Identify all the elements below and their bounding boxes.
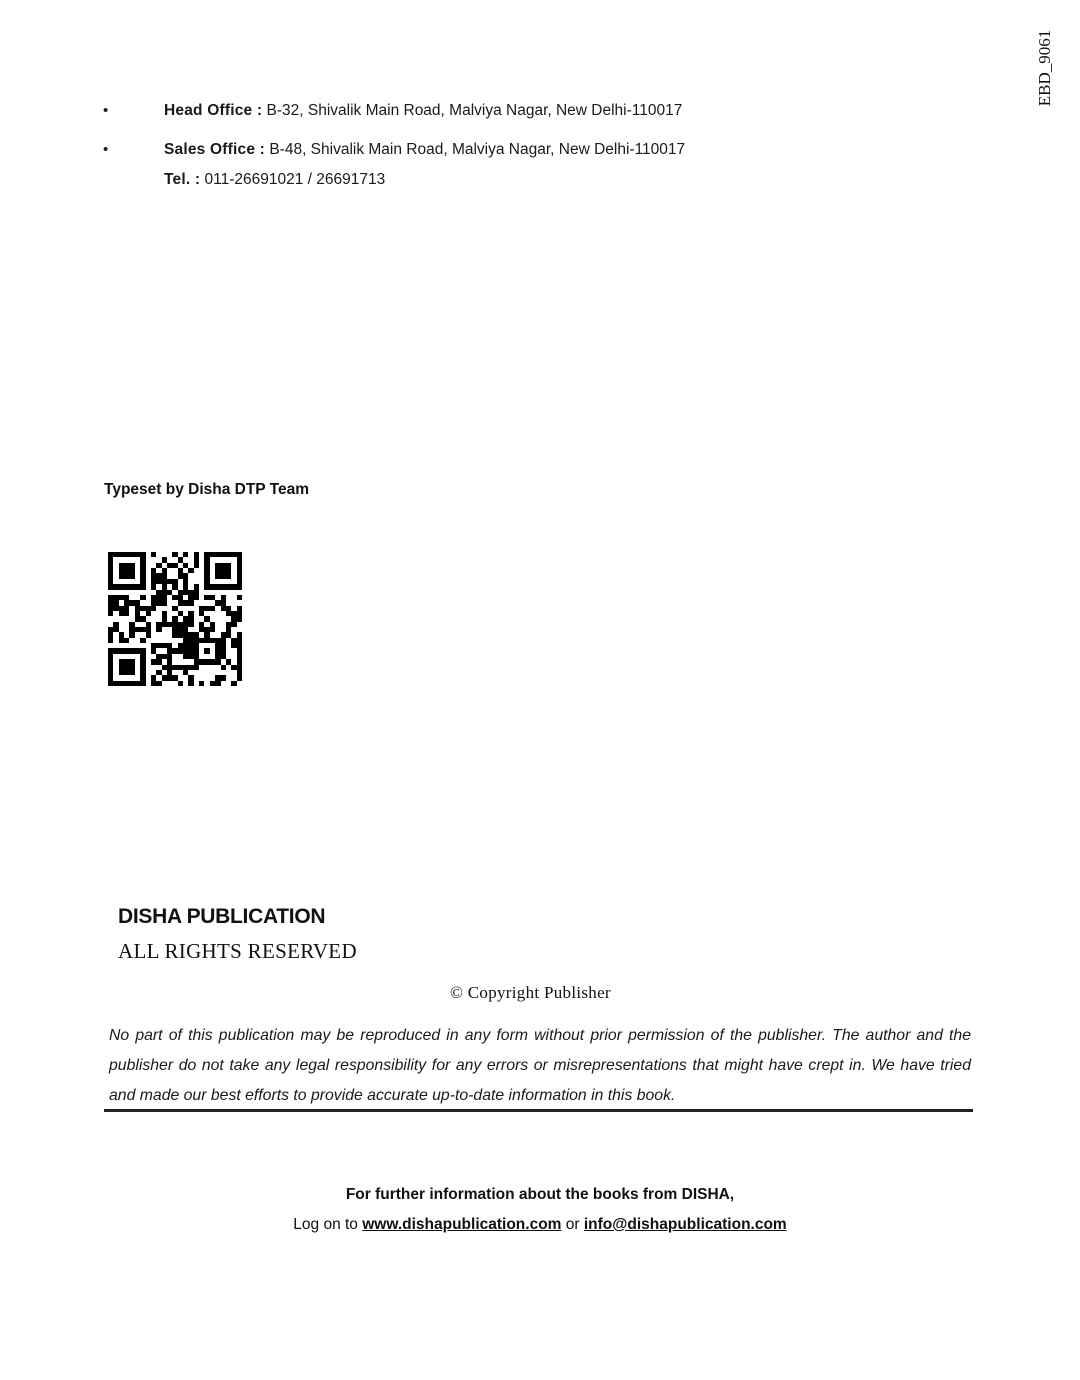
telephone-label: Tel. : [164, 171, 200, 188]
email-link[interactable]: info@dishapublication.com [584, 1216, 787, 1233]
head-office-address: B-32, Shivalik Main Road, Malviya Nagar,… [262, 102, 682, 119]
disclaimer-text: No part of this publication may be repro… [109, 1021, 971, 1111]
log-on-line: Log on to www.dishapublication.com or in… [0, 1216, 1080, 1234]
bullet: • [103, 102, 108, 119]
typeset-credit: Typeset by Disha DTP Team [104, 481, 309, 499]
link-separator: or [561, 1216, 583, 1233]
rights-reserved: ALL RIGHTS RESERVED [118, 939, 357, 964]
info-heading: For further information about the books … [0, 1186, 1080, 1204]
website-link[interactable]: www.dishapublication.com [362, 1216, 561, 1233]
telephone-numbers: 011-26691021 / 26691713 [200, 171, 385, 188]
sales-office-label: Sales Office : [164, 141, 265, 158]
document-code: EBD_9061 [1034, 22, 1056, 114]
head-office-label: Head Office : [164, 102, 262, 119]
sales-office-address: B-48, Shivalik Main Road, Malviya Nagar,… [265, 141, 685, 158]
divider [104, 1109, 973, 1112]
qr-code-icon [108, 552, 242, 686]
bullet: • [103, 141, 108, 158]
log-on-prefix: Log on to [293, 1216, 362, 1233]
copyright-notice: © Copyright Publisher [450, 983, 611, 1003]
publisher-name: DISHA PUBLICATION [118, 905, 325, 929]
